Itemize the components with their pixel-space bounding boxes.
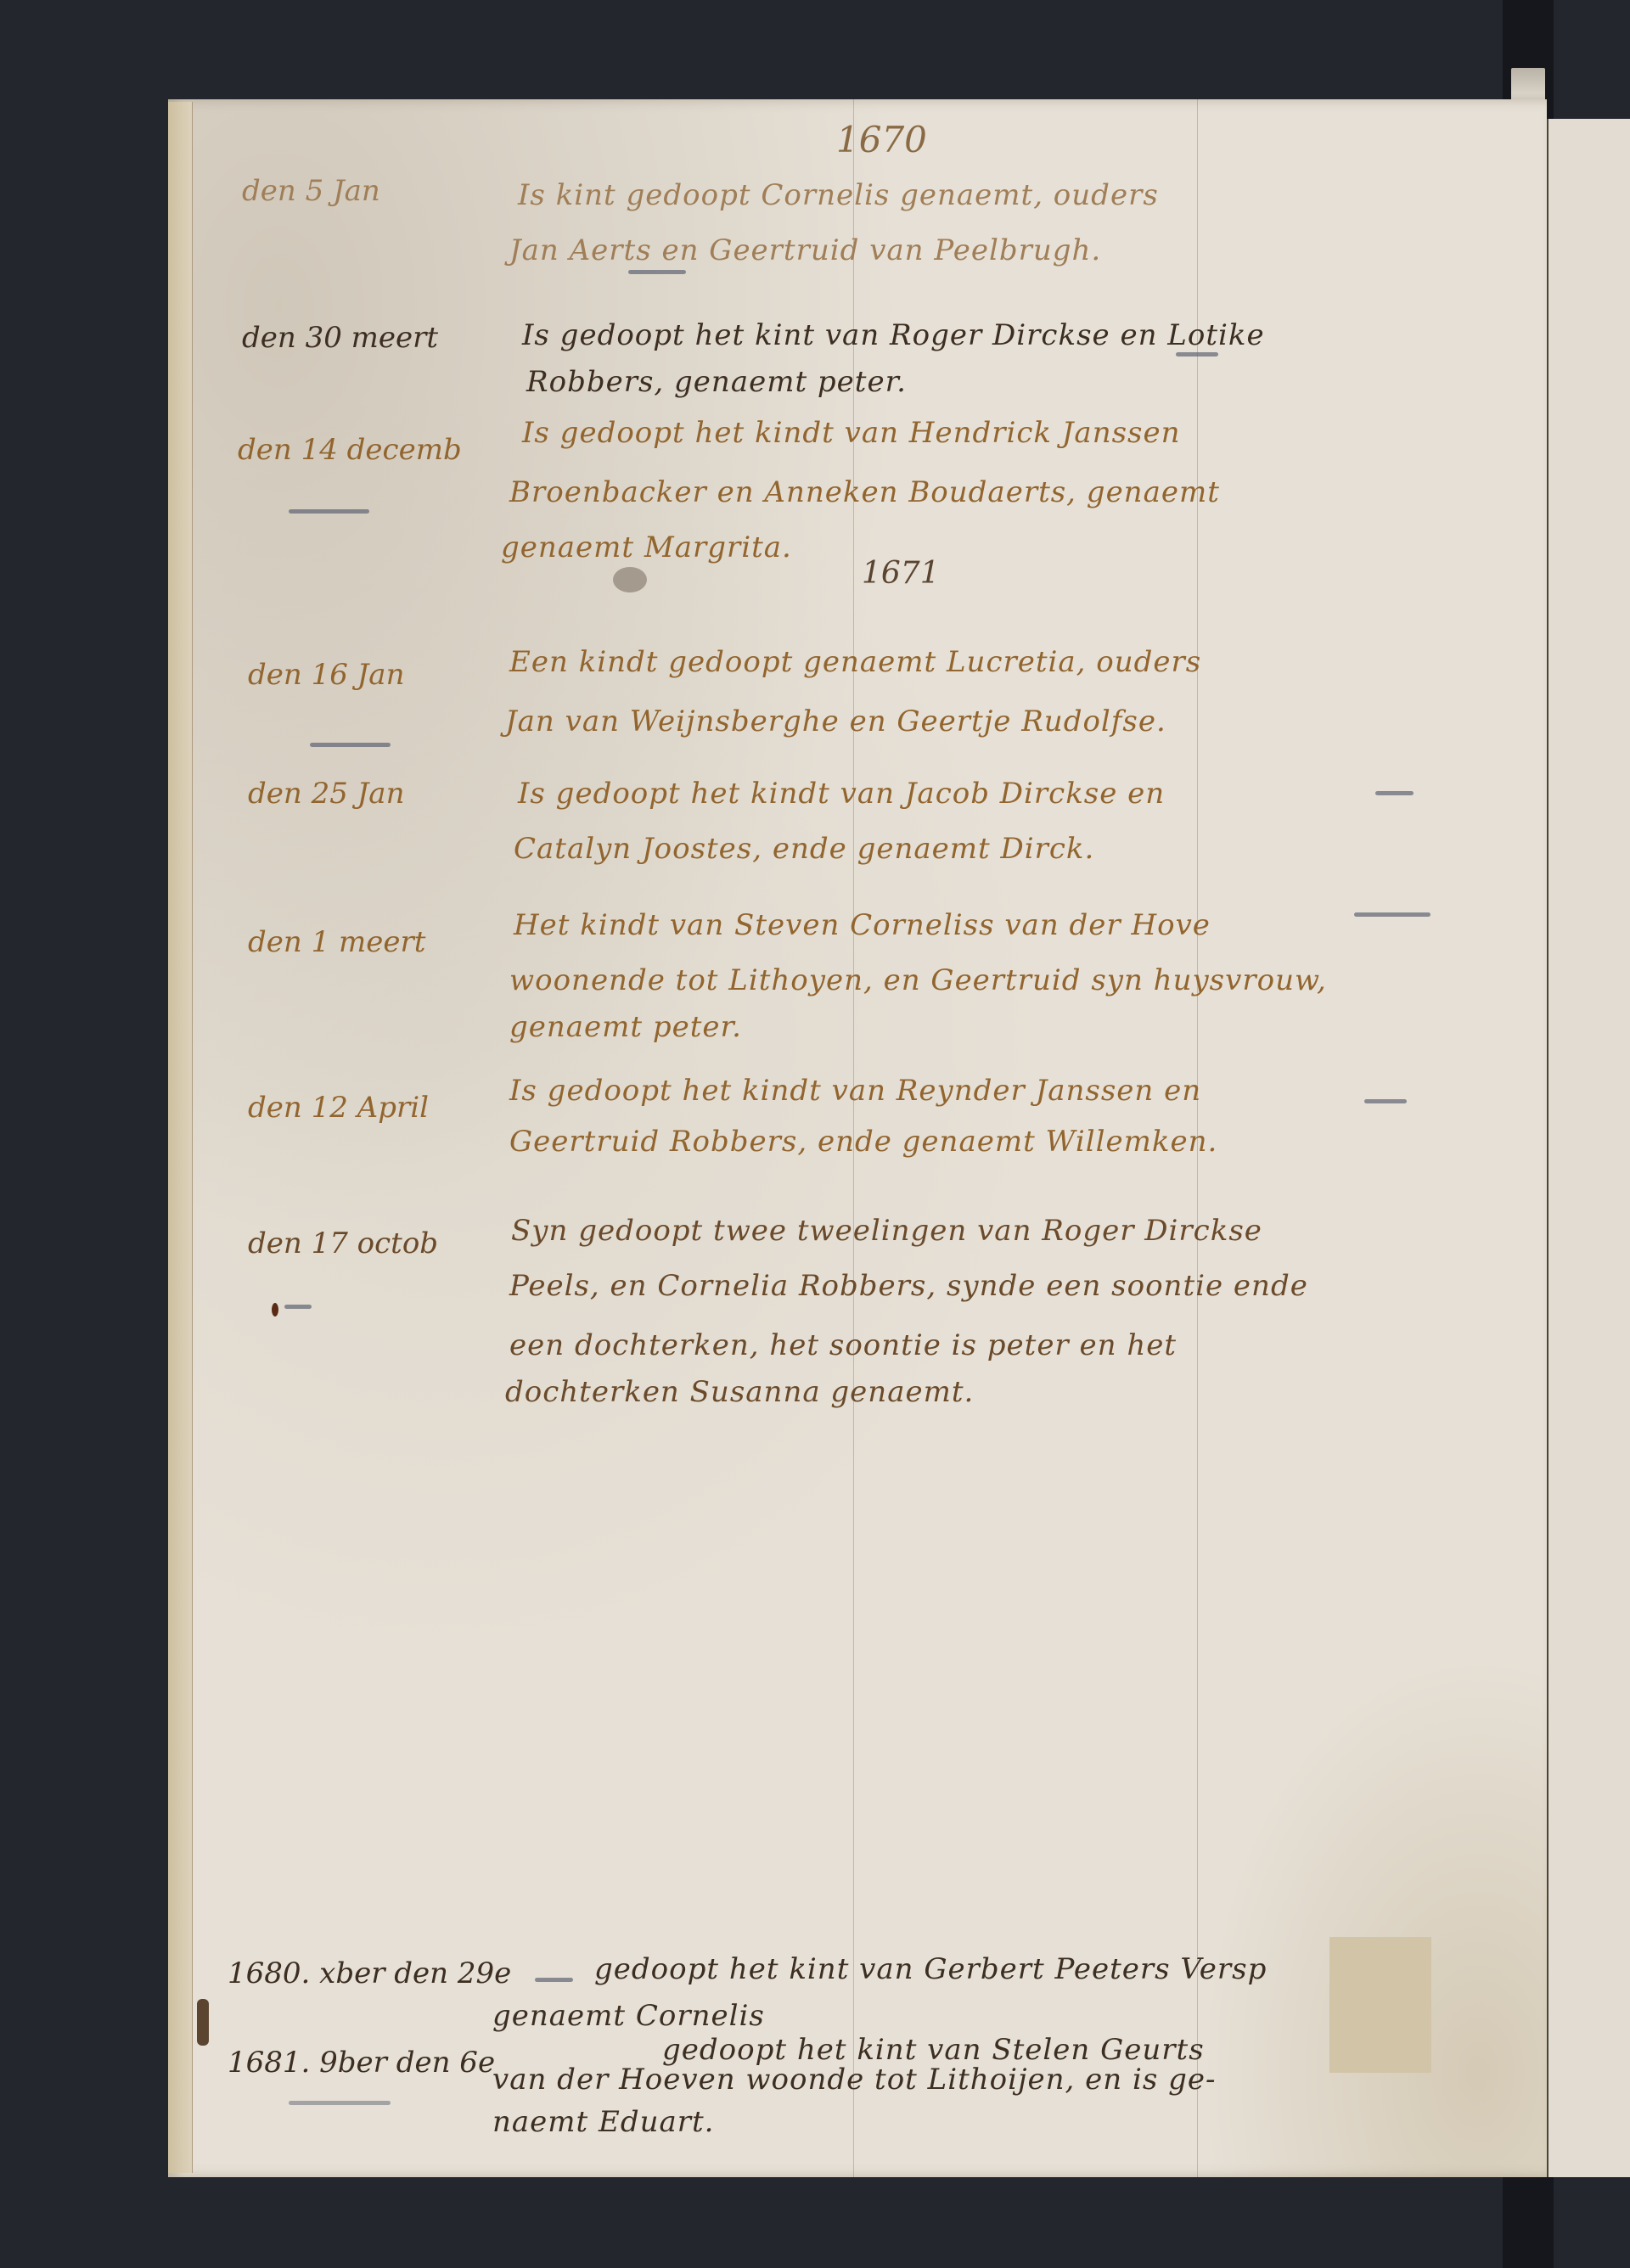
pencil-underline bbox=[1375, 791, 1414, 795]
entry-date: den 17 octob bbox=[248, 1227, 438, 1260]
entry-line: dochterken Susanna genaemt. bbox=[505, 1375, 974, 1409]
facing-page-edge bbox=[1547, 119, 1630, 2177]
entry-line: woonende tot Lithoyen, en Geertruid syn … bbox=[509, 963, 1327, 997]
pencil-underline bbox=[1354, 912, 1430, 917]
entry-date: den 25 Jan bbox=[248, 777, 404, 811]
pencil-underline bbox=[310, 743, 391, 747]
entry-line: Broenbacker en Anneken Boudaerts, genaem… bbox=[509, 475, 1220, 509]
pencil-underline bbox=[289, 509, 369, 514]
entry-line: Jan van Weijnsberghe en Geertje Rudolfse… bbox=[505, 705, 1166, 738]
entry-line: Robbers, genaemt peter. bbox=[526, 365, 907, 399]
pencil-underline bbox=[535, 1978, 573, 1982]
entry-line: Geertruid Robbers, ende genaemt Willemke… bbox=[509, 1125, 1217, 1159]
entry-date: den 30 meert bbox=[242, 321, 438, 355]
pencil-underline bbox=[1176, 352, 1218, 356]
entry-line: Is gedoopt het kint van Roger Dirckse en… bbox=[522, 318, 1265, 352]
entry-date: den 1 meert bbox=[248, 925, 425, 959]
entry-date: den 12 April bbox=[248, 1091, 429, 1125]
entry-line: Jan Aerts en Geertruid van Peelbrugh. bbox=[509, 233, 1101, 267]
entry-date: 1680. xber den 29e bbox=[228, 1956, 511, 1990]
pencil-underline bbox=[1364, 1099, 1407, 1103]
entry-line: genaemt Cornelis bbox=[492, 1999, 765, 2033]
entry-line: Syn gedoopt twee tweelingen van Roger Di… bbox=[511, 1214, 1262, 1248]
entry-line: een dochterken, het soontie is peter en … bbox=[509, 1328, 1177, 1362]
entry-line: Is gedoopt het kindt van Jacob Dirckse e… bbox=[518, 777, 1165, 811]
entry-date: den 16 Jan bbox=[248, 658, 404, 692]
entry-line: Is gedoopt het kindt van Reynder Janssen… bbox=[509, 1074, 1201, 1108]
pencil-underline bbox=[284, 1305, 312, 1309]
pencil-underline bbox=[289, 2101, 391, 2105]
entry-line: Peels, en Cornelia Robbers, synde een so… bbox=[509, 1269, 1308, 1303]
entry-line: gedoopt het kint van Gerbert Peeters Ver… bbox=[594, 1952, 1267, 1986]
entry-line: Catalyn Joostes, ende genaemt Dirck. bbox=[514, 832, 1094, 866]
year-heading-1670: 1670 bbox=[836, 119, 927, 160]
entry-line: Is kint gedoopt Cornelis genaemt, ouders bbox=[518, 178, 1159, 212]
page-left-edge bbox=[168, 102, 193, 2173]
entry-date: den 5 Jan bbox=[242, 174, 380, 208]
ink-blot bbox=[197, 1999, 209, 2046]
entry-line: Is gedoopt het kindt van Hendrick Jansse… bbox=[522, 416, 1181, 450]
entry-line: genaemt peter. bbox=[509, 1010, 742, 1044]
entry-line: Het kindt van Steven Corneliss van der H… bbox=[514, 908, 1211, 942]
entry-line: gedoopt het kint van Stelen Geurts bbox=[662, 2033, 1205, 2067]
entry-date: 1681. 9ber den 6e bbox=[228, 2046, 495, 2080]
ink-dot bbox=[272, 1303, 278, 1316]
ink-blot bbox=[613, 567, 647, 592]
entry-date: den 14 decemb bbox=[238, 433, 462, 467]
entry-line: genaemt Margrita. bbox=[501, 531, 792, 564]
pencil-underline bbox=[628, 270, 686, 274]
entry-line: Een kindt gedoopt genaemt Lucretia, oude… bbox=[509, 645, 1201, 679]
year-heading-1671: 1671 bbox=[862, 556, 940, 591]
entry-line: van der Hoeven woonde tot Lithoijen, en … bbox=[492, 2063, 1217, 2097]
paper-repair-patch bbox=[1329, 1937, 1431, 2073]
entry-line: naemt Eduart. bbox=[492, 2105, 714, 2139]
